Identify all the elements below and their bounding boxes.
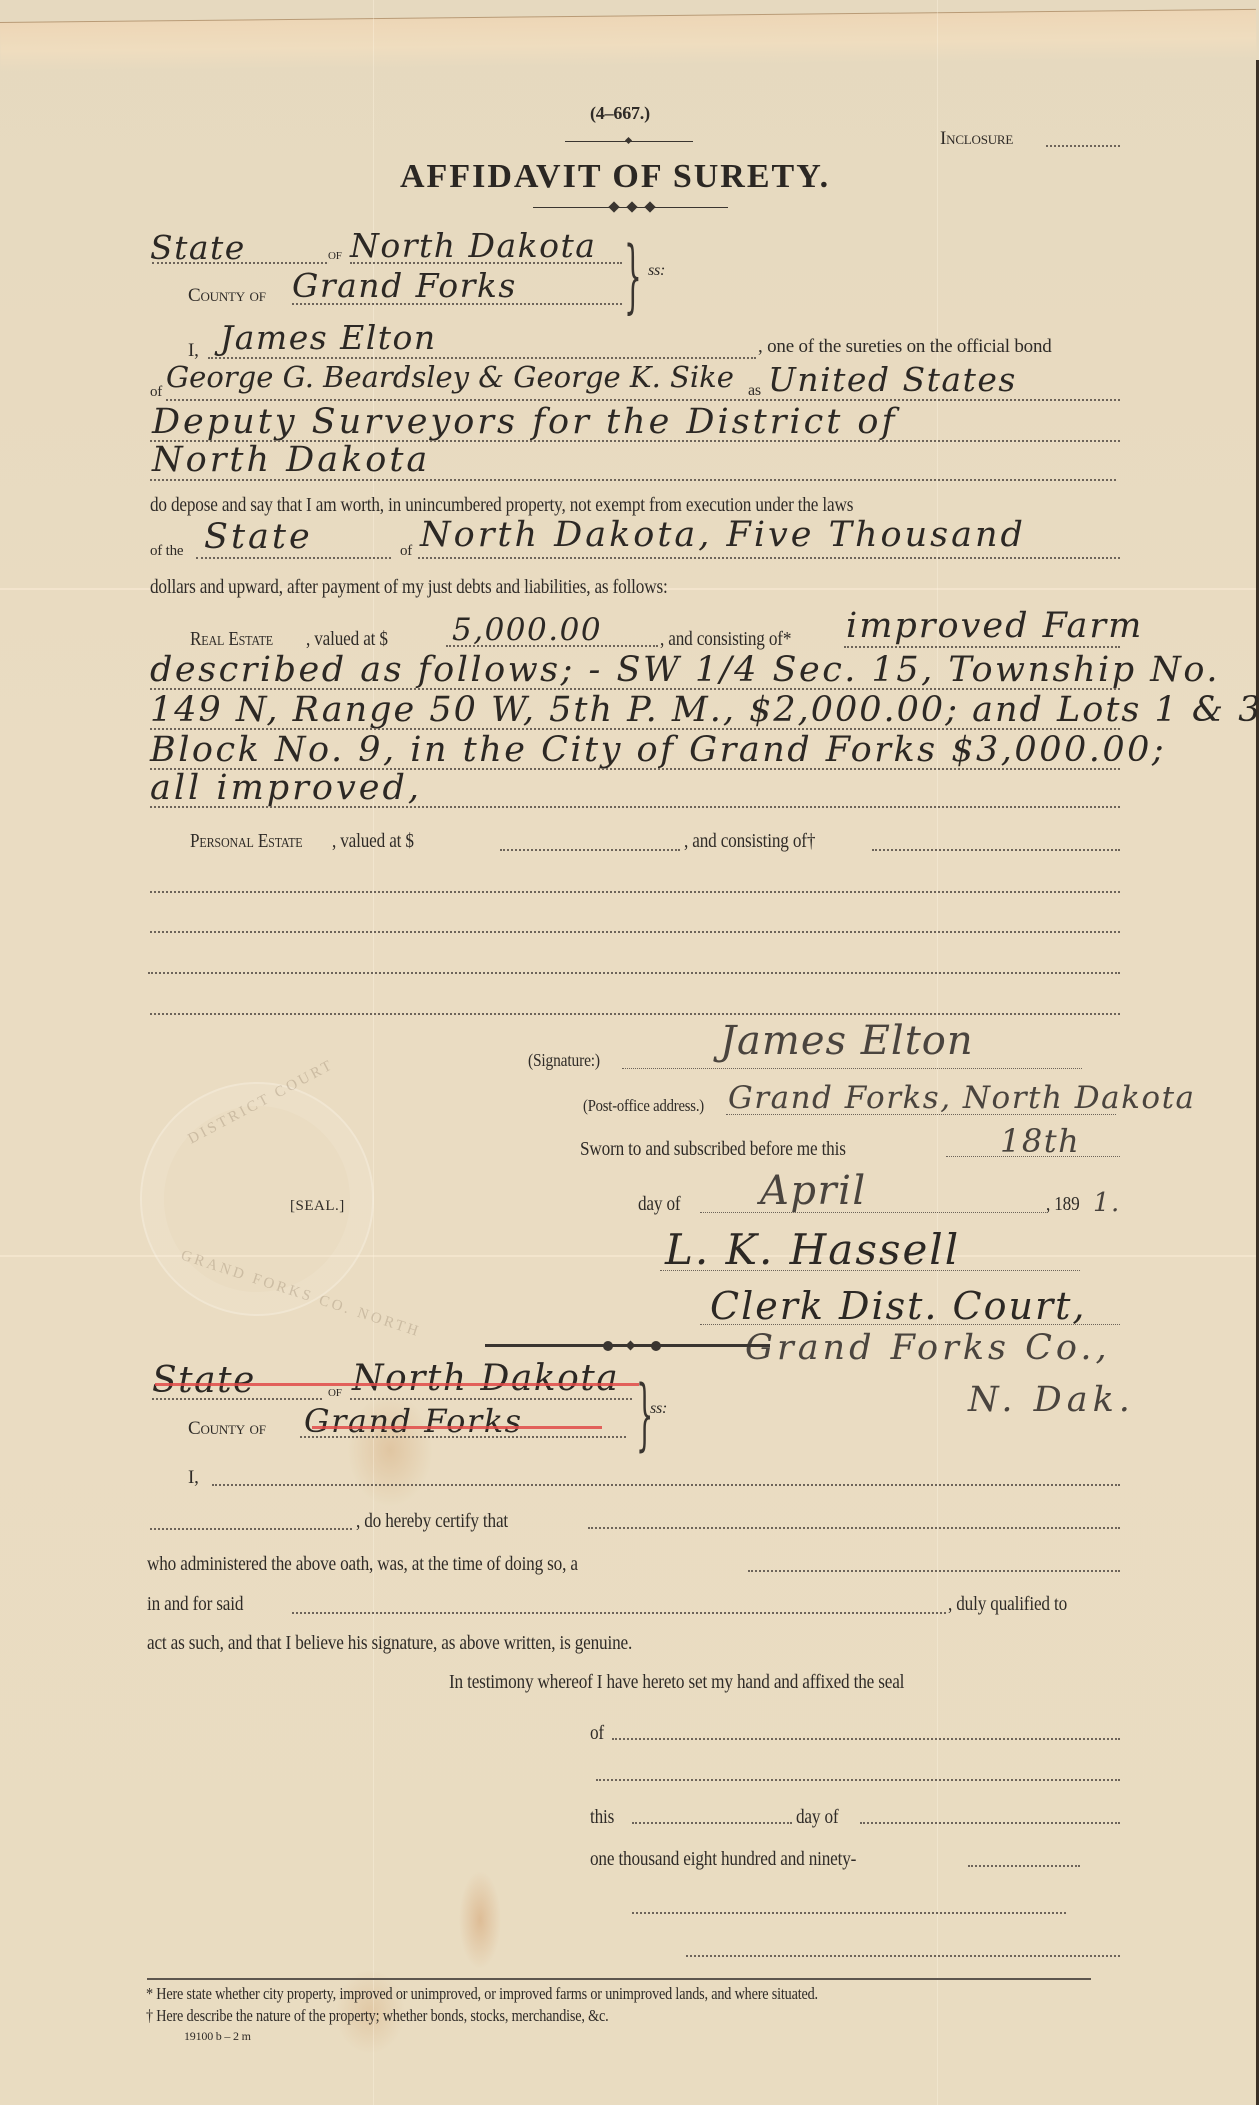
real-estate-line[interactable] — [150, 806, 1120, 808]
cert-name-field[interactable] — [212, 1484, 1120, 1486]
state-field[interactable] — [350, 262, 622, 264]
personal-estate-value-field[interactable] — [500, 849, 680, 851]
affiant-name-field[interactable] — [208, 357, 756, 359]
post-office-value: Grand Forks, North Dakota — [728, 1080, 1196, 1116]
venue-brace: } — [624, 236, 642, 316]
personal-estate-valued-text: , valued at $ — [332, 830, 414, 853]
cert-county-value: Grand Forks — [304, 1402, 523, 1440]
personal-estate-consisting-text: , and consisting of† — [684, 830, 815, 853]
bond-line-3[interactable] — [150, 479, 1116, 481]
laws-jurisdiction: State — [204, 517, 313, 557]
this-label: this — [590, 1806, 614, 1829]
real-estate-description-line: improved Farm — [846, 606, 1143, 646]
surety-signature: James Elton — [720, 1018, 974, 1064]
cert-month-field[interactable] — [860, 1822, 1120, 1824]
day-of-label: day of — [638, 1193, 680, 1216]
red-strikethrough — [312, 1426, 602, 1429]
year-prefix: , 189 — [1046, 1193, 1080, 1216]
cert-state-value: North Dakota — [352, 1358, 619, 1399]
document-title: AFFIDAVIT OF SURETY. — [400, 158, 830, 196]
cert-county-label: County of — [188, 1418, 266, 1440]
bond-principal: George G. Beardsley & George K. Sike — [166, 360, 734, 394]
of-label: of — [328, 246, 342, 264]
administered-text: who administered the above oath, was, at… — [147, 1553, 578, 1576]
sureties-text: , one of the sureties on the official bo… — [758, 336, 1052, 358]
cert-state-label-field[interactable] — [152, 1398, 322, 1400]
of-label: of — [400, 543, 412, 560]
certify-text: , do hereby certify that — [356, 1510, 508, 1533]
form-number: (4–667.) — [590, 103, 650, 124]
officer-title-line: Grand Forks Co., — [745, 1328, 1111, 1368]
cert-county-field[interactable] — [300, 1436, 626, 1438]
act-text: act as such, and that I believe his sign… — [147, 1632, 632, 1655]
cert-title-field[interactable] — [686, 1955, 1120, 1957]
personal-estate-field[interactable] — [872, 849, 1120, 851]
laws-state-field[interactable] — [418, 557, 1120, 559]
cert-seal-of-field-2[interactable] — [596, 1779, 1120, 1781]
in-and-for-text: in and for said — [147, 1593, 243, 1616]
ninety-text: one thousand eight hundred and ninety- — [590, 1848, 856, 1871]
testimony-text: In testimony whereof I have hereto set m… — [449, 1671, 904, 1694]
affiant-name: James Elton — [220, 318, 437, 357]
footnote-2: † Here describe the nature of the proper… — [146, 2006, 609, 2026]
officer-signature: L. K. Hassell — [665, 1225, 960, 1274]
county-label: County of — [188, 285, 266, 307]
real-estate-value: 5,000.00 — [452, 612, 602, 648]
month-field[interactable] — [700, 1212, 1046, 1213]
cert-county-field-2[interactable] — [150, 1528, 352, 1530]
month-value: April — [760, 1168, 867, 1214]
red-strikethrough — [155, 1383, 639, 1386]
seal-label: [SEAL.] — [290, 1198, 345, 1215]
bond-line-1[interactable] — [166, 399, 1120, 401]
cert-day-field[interactable] — [632, 1822, 792, 1824]
print-code: 19100 b – 2 m — [184, 2029, 251, 2044]
day-of-label: day of — [796, 1806, 838, 1829]
cert-officer-field[interactable] — [588, 1527, 1120, 1529]
depose-text: do depose and say that I am worth, in un… — [150, 494, 853, 517]
as-label: as — [748, 382, 761, 400]
personal-estate-label: Personal Estate — [190, 830, 302, 853]
i-label: I, — [188, 340, 199, 362]
signature-label: (Signature:) — [528, 1050, 600, 1071]
of-the-label: of the — [150, 543, 183, 560]
bond-office: United States — [768, 360, 1017, 399]
ss-label: ss: — [648, 262, 665, 280]
cert-year-field[interactable] — [968, 1865, 1080, 1867]
personal-estate-line[interactable] — [150, 891, 1120, 893]
cert-i-label: I, — [188, 1467, 199, 1489]
inclosure-label: Inclosure — [940, 128, 1013, 150]
real-estate-consisting-text: , and consisting of* — [660, 628, 791, 651]
real-estate-description-line: described as follows; - SW 1/4 Sec. 15, … — [150, 650, 1220, 690]
officer-title-line: N. Dak. — [968, 1380, 1135, 1420]
real-estate-description-line: 149 N, Range 50 W, 5th P. M., $2,000.00;… — [150, 690, 1259, 730]
cert-jurisdiction-field[interactable] — [292, 1612, 946, 1614]
fold-crease — [373, 0, 374, 2105]
cert-signature-field[interactable] — [632, 1912, 1066, 1914]
officer-title-line: Clerk Dist. Court, — [710, 1284, 1086, 1328]
cert-state-field[interactable] — [350, 1398, 632, 1400]
of-label: of — [590, 1722, 604, 1745]
real-estate-description-line: Block No. 9, in the City of Grand Forks … — [150, 730, 1166, 770]
post-office-field[interactable] — [726, 1114, 1116, 1115]
footnote-rule — [147, 1978, 1091, 1980]
county-field[interactable] — [292, 303, 622, 305]
sworn-day: 18th — [1000, 1122, 1080, 1160]
cert-seal-of-field[interactable] — [612, 1738, 1120, 1740]
bond-office-cont: Deputy Surveyors for the District of — [152, 402, 897, 442]
cert-officer-title-field[interactable] — [748, 1570, 1120, 1572]
ss-label: ss: — [650, 1400, 667, 1418]
laws-state-and-amount: North Dakota, Five Thousand — [420, 515, 1026, 555]
of-label: of — [150, 384, 162, 401]
real-estate-valued-text: , valued at $ — [306, 628, 388, 651]
personal-estate-line[interactable] — [150, 931, 1120, 933]
dollars-text: dollars and upward, after payment of my … — [150, 576, 668, 599]
sworn-day-field[interactable] — [946, 1156, 1120, 1157]
officer-signature-field[interactable] — [660, 1270, 1080, 1271]
inclosure-field[interactable] — [1046, 145, 1120, 147]
cert-state-handwritten-label: State — [152, 1360, 256, 1401]
post-office-label: (Post-office address.) — [583, 1096, 704, 1116]
personal-estate-line[interactable] — [150, 1013, 1120, 1015]
bond-district: North Dakota — [152, 440, 430, 480]
state-value: North Dakota — [350, 226, 596, 265]
officer-title-field[interactable] — [700, 1324, 1120, 1325]
sworn-text: Sworn to and subscribed before me this — [580, 1138, 846, 1161]
county-value: Grand Forks — [292, 266, 517, 305]
year-suffix: 1. — [1093, 1188, 1121, 1218]
state-label-field[interactable] — [152, 262, 327, 264]
laws-jurisdiction-field[interactable] — [196, 557, 391, 559]
signature-field[interactable] — [622, 1068, 1082, 1069]
real-estate-label: Real Estate — [190, 628, 273, 651]
real-estate-description-line: all improved, — [150, 768, 422, 808]
real-estate-value-field[interactable] — [446, 645, 658, 647]
footnote-1: * Here state whether city property, impr… — [146, 1984, 818, 2004]
personal-estate-line[interactable] — [148, 972, 1120, 974]
real-estate-field[interactable] — [844, 646, 1120, 648]
duly-text: , duly qualified to — [948, 1593, 1067, 1616]
